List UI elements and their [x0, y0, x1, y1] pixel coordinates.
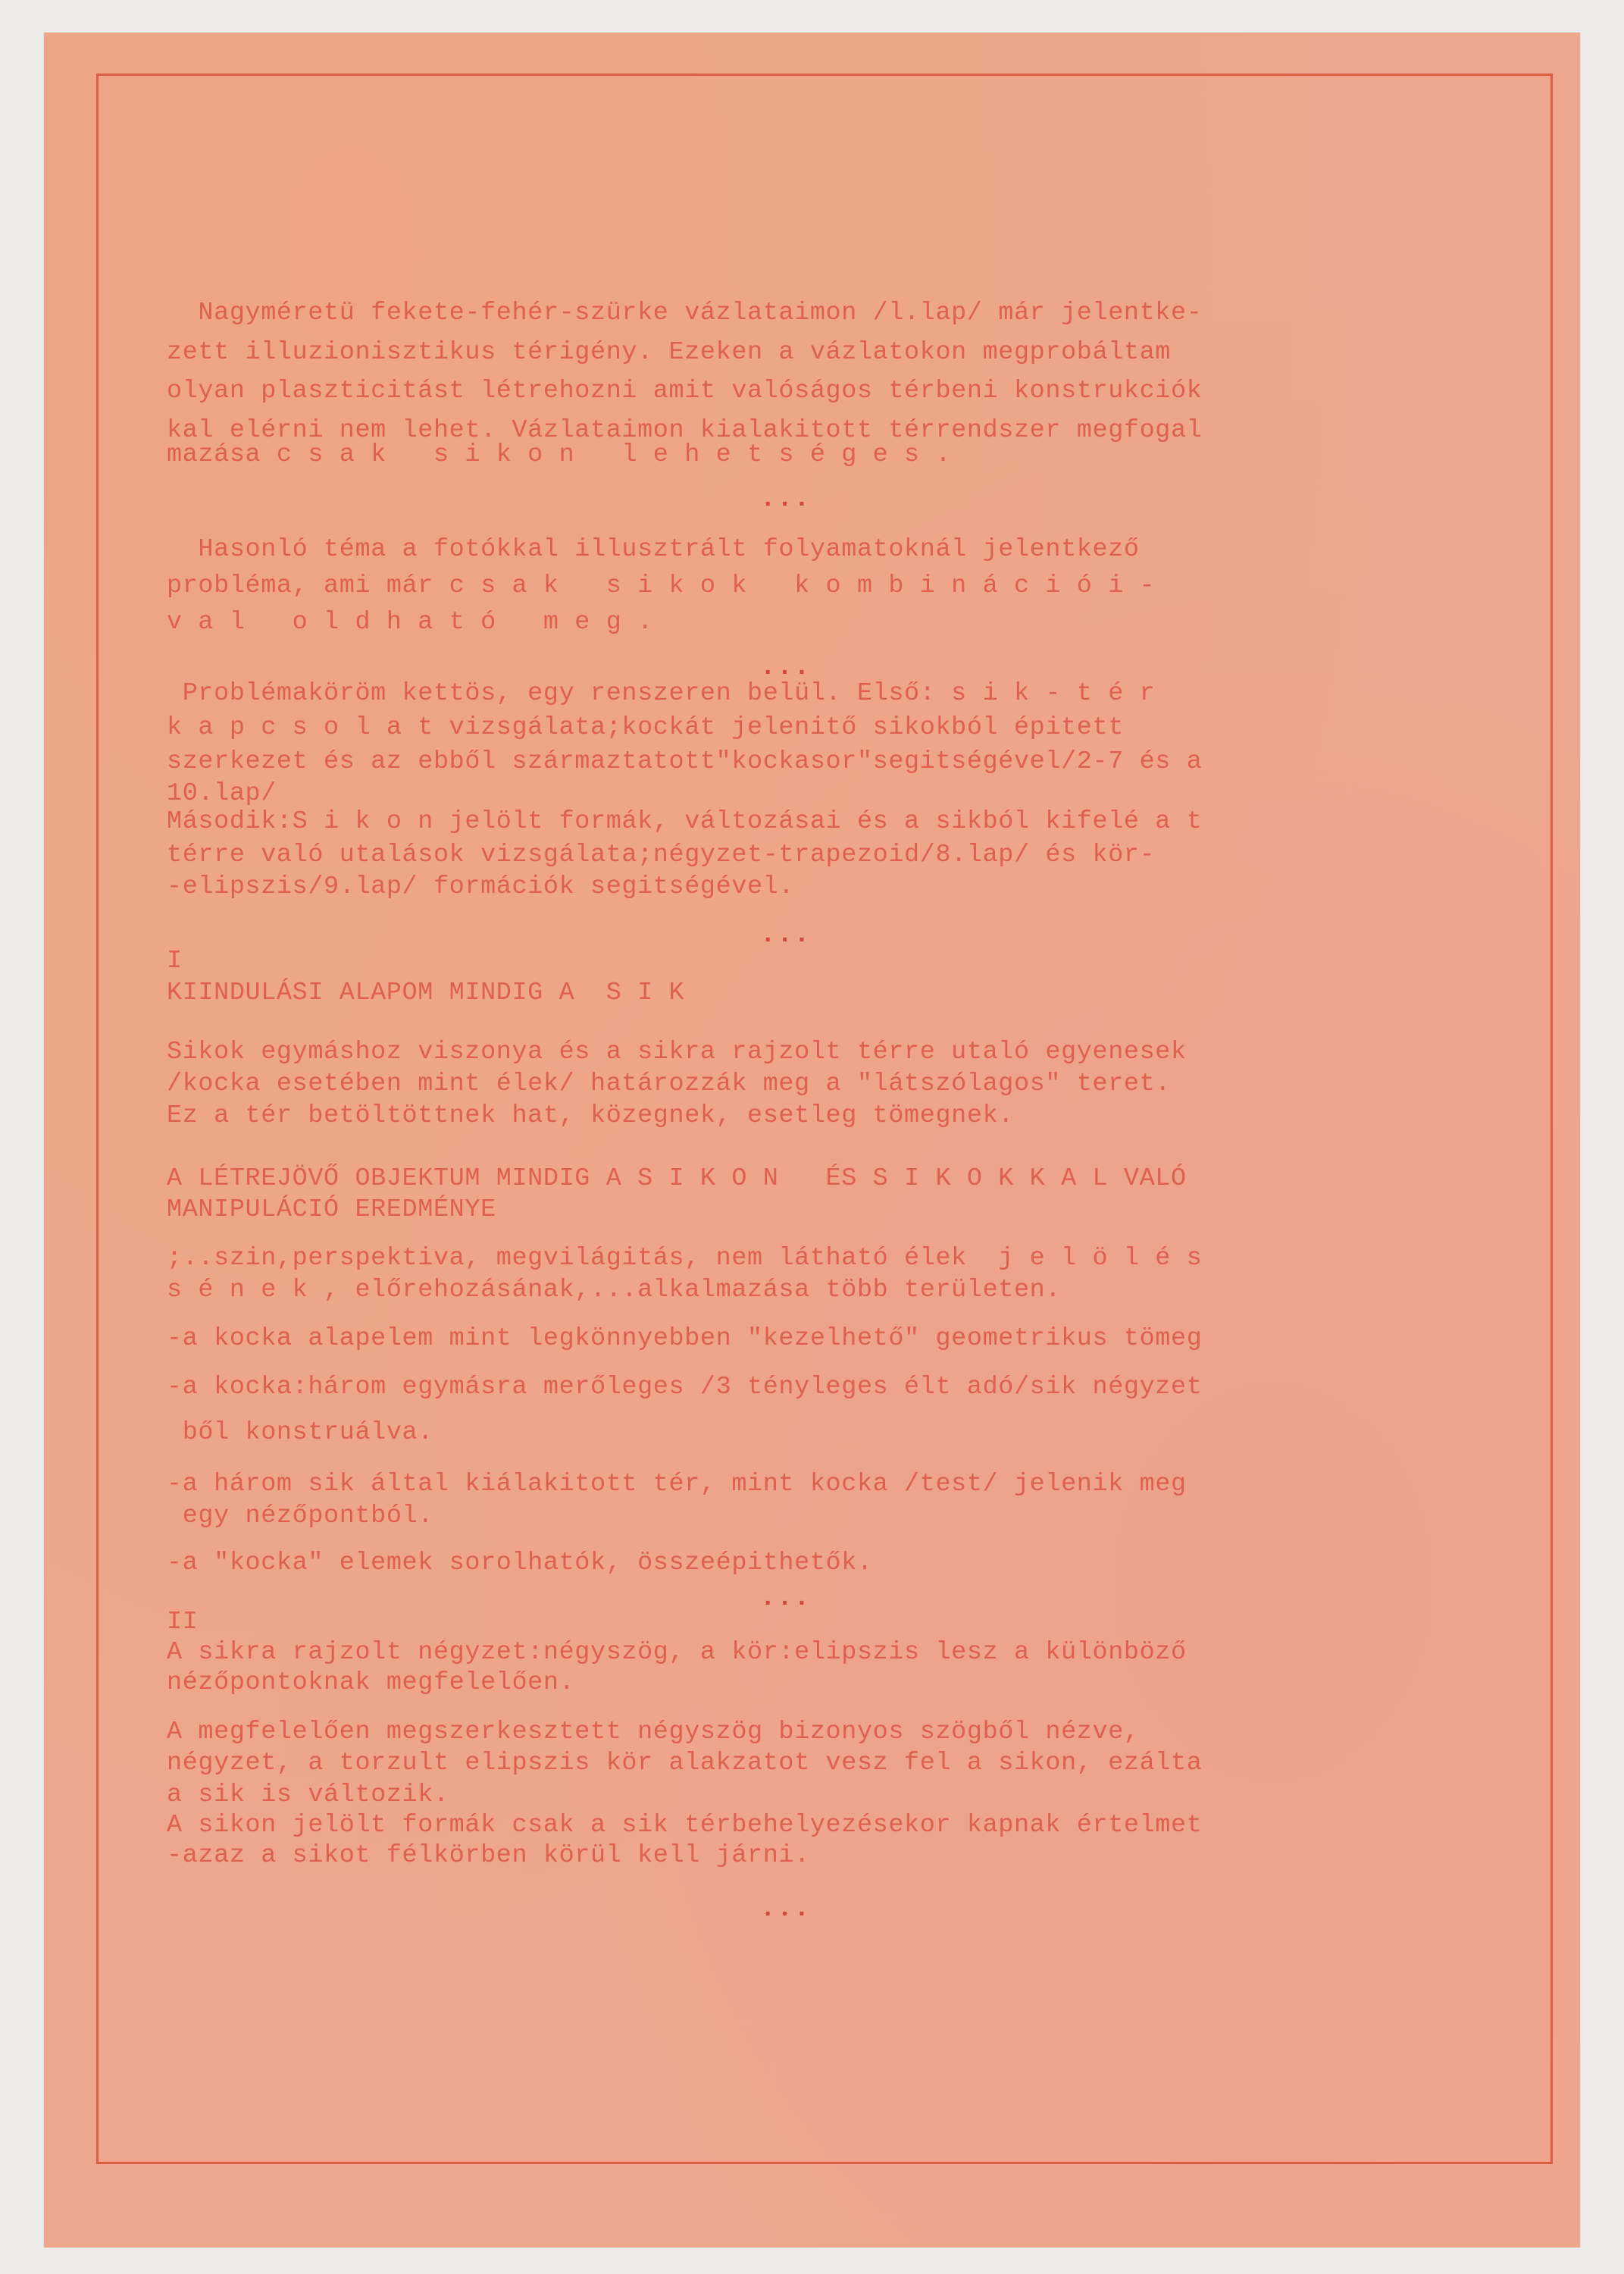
p2-line-2: probléma, ami már c s a k s i k o k k o …: [167, 571, 1155, 601]
s1-para-line-1: Sikok egymáshoz viszonya és a sikra rajz…: [167, 1037, 1187, 1067]
p1-line-2: zett illuzionisztikus térigény. Ezeken a…: [167, 337, 1171, 368]
p3-line-7: -elipszis/9.lap/ formációk segitségével.: [167, 872, 794, 902]
separator-3: ...: [760, 921, 811, 950]
s1-item-3-cont: egy nézőpontból.: [167, 1501, 433, 1531]
separator-5: ...: [760, 1895, 811, 1924]
s1-subheading-line-1: A LÉTREJÖVŐ OBJEKTUM MINDIG A S I K O N …: [167, 1164, 1187, 1194]
section-1-number: I: [167, 946, 183, 976]
p3-line-1: Problémaköröm kettös, egy renszeren belü…: [167, 678, 1155, 709]
separator-1: ...: [760, 485, 811, 514]
s2-p2-line-4: A sikon jelölt formák csak a sik térbehe…: [167, 1810, 1202, 1840]
p2-line-3: v a l o l d h a t ó m e g .: [167, 607, 653, 637]
p3-line-5: Második:S i k o n jelölt formák, változá…: [167, 807, 1202, 837]
p1-line-5: mazása c s a k s i k o n l e h e t s é g…: [167, 440, 951, 470]
section-1-heading: KIINDULÁSI ALAPOM MINDIG A S I K: [167, 978, 684, 1008]
s2-p2-line-3: a sik is változik.: [167, 1780, 449, 1810]
s1-item-1: -a kocka alapelem mint legkönnyebben "ke…: [167, 1323, 1202, 1354]
p1-line-3: olyan plaszticitást létrehozni amit való…: [167, 376, 1202, 406]
s1-intro-line-2: s é n e k , előrehozásának,...alkalmazás…: [167, 1275, 1061, 1305]
s1-subheading-line-2: MANIPULÁCIÓ EREDMÉNYE: [167, 1195, 496, 1225]
s2-p2-line-5: -azaz a sikot félkörben körül kell járni…: [167, 1840, 810, 1871]
s1-item-3: -a három sik által kiálakitott tér, mint…: [167, 1469, 1187, 1499]
s1-item-2-cont: ből konstruálva.: [167, 1417, 433, 1448]
separator-4: ...: [760, 1584, 811, 1613]
p1-line-1: Nagyméretü fekete-fehér-szürke vázlataim…: [167, 298, 1202, 328]
s1-para-line-3: Ez a tér betöltöttnek hat, közegnek, ese…: [167, 1101, 1014, 1131]
p3-line-6: térre való utalások vizsgálata;négyzet-t…: [167, 840, 1155, 870]
s2-p1-line-1: A sikra rajzolt négyzet:négyszög, a kör:…: [167, 1637, 1187, 1668]
s2-p2-line-1: A megfelelően megszerkesztett négyszög b…: [167, 1717, 1140, 1747]
s1-para-line-2: /kocka esetében mint élek/ határozzák me…: [167, 1069, 1171, 1099]
s2-p1-line-2: nézőpontoknak megfelelően.: [167, 1668, 574, 1698]
s1-item-2: -a kocka:három egymásra merőleges /3 tén…: [167, 1372, 1202, 1402]
p3-line-2: k a p c s o l a t vizsgálata;kockát jele…: [167, 713, 1124, 743]
section-2-number: II: [167, 1607, 198, 1637]
s1-item-4: -a "kocka" elemek sorolhatók, összeépith…: [167, 1548, 873, 1578]
s2-p2-line-2: négyzet, a torzult elipszis kör alakzato…: [167, 1748, 1202, 1778]
p3-line-3: szerkezet és az ebből származtatott"kock…: [167, 747, 1202, 777]
p3-line-4: 10.lap/: [167, 778, 277, 809]
s1-intro-line-1: ;..szin,perspektiva, megvilágitás, nem l…: [167, 1243, 1202, 1273]
p2-line-1: Hasonló téma a fotókkal illusztrált foly…: [167, 534, 1140, 565]
